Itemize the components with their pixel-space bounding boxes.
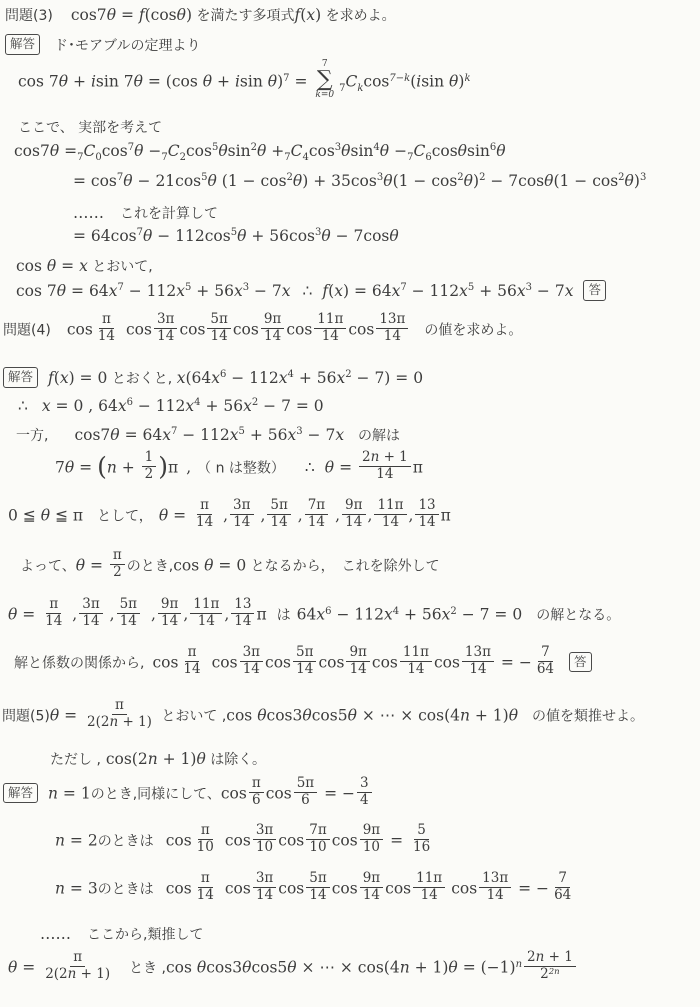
fraction: 5π14 bbox=[306, 871, 329, 903]
fraction: 3π10 bbox=[253, 823, 276, 855]
fraction: 13π14 bbox=[479, 871, 511, 903]
formula-product-answer: 解と係数の関係から,cosπ14cos3π14cos5π14cos9π14cos… bbox=[14, 647, 592, 679]
note-tadashi: ただし , cos(2n + 1)θ は除く。 bbox=[50, 749, 266, 770]
fraction: π14 bbox=[95, 312, 118, 344]
fraction: 1314 bbox=[415, 498, 438, 530]
fraction: 5π14 bbox=[293, 645, 316, 677]
note-analogy: ……ここから,類推して bbox=[40, 924, 203, 945]
formula-demoivre: cos 7θ + isin 7θ = (cos θ + isin θ)7 = 7… bbox=[18, 62, 471, 102]
fraction: 11π14 bbox=[190, 597, 222, 629]
fraction: 13π14 bbox=[376, 312, 408, 344]
fraction: 516 bbox=[410, 823, 433, 855]
fraction: π2(2n + 1) bbox=[42, 950, 113, 982]
note-real-part: ここで、 実部を考えて bbox=[18, 117, 162, 138]
formula-n3-case: n = 3のときはcosπ14cos3π14cos5π14cos9π14cos1… bbox=[55, 873, 576, 905]
fraction: 3π14 bbox=[230, 498, 253, 530]
note-substitute-x: cos θ = x とおいて, bbox=[16, 256, 153, 277]
fraction: 7π14 bbox=[305, 498, 328, 530]
fraction: π10 bbox=[194, 823, 217, 855]
fraction: 5π14 bbox=[207, 312, 230, 344]
fraction: 5π6 bbox=[294, 776, 317, 808]
summation-symbol: 7∑k=0 bbox=[315, 60, 334, 100]
fraction: 9π14 bbox=[346, 645, 369, 677]
answer3-header: 解答ド･モアブルの定理より bbox=[5, 35, 200, 56]
fraction: 9π10 bbox=[360, 823, 383, 855]
fraction: π6 bbox=[249, 776, 264, 808]
fraction: 9π14 bbox=[360, 871, 383, 903]
fraction: 5π14 bbox=[267, 498, 290, 530]
fraction: 34 bbox=[357, 776, 372, 808]
fraction: 13π14 bbox=[462, 645, 494, 677]
fraction: 764 bbox=[534, 645, 557, 677]
fraction: π14 bbox=[194, 871, 217, 903]
formula-theta-general: 7θ = (n + 12)π,（ n は整数）∴θ = 2n + 114π bbox=[55, 452, 423, 484]
fraction: 11π14 bbox=[400, 645, 432, 677]
boxed-answer-label: 解答 bbox=[3, 367, 38, 388]
boxed-answer-label: 答 bbox=[569, 652, 592, 673]
boxed-answer-label: 解答 bbox=[3, 783, 38, 804]
boxed-answer-label: 答 bbox=[583, 280, 606, 301]
fraction: 3π14 bbox=[79, 597, 102, 629]
formula-theta-values: 0 ≦ θ ≦ π として，θ = π14 ,3π14 ,5π14 ,7π14 … bbox=[8, 500, 451, 532]
fraction: 9π14 bbox=[158, 597, 181, 629]
answer4-header: 解答f(x) = 0 とおくと, x(64x6 − 112x4 + 56x2 −… bbox=[3, 368, 423, 389]
fraction: 9π14 bbox=[261, 312, 284, 344]
fraction: 5π14 bbox=[117, 597, 140, 629]
fraction: 11π14 bbox=[314, 312, 346, 344]
problem5-statement: 問題(5)θ = π2(2n + 1) とおいて ,cos θcos3θcos5… bbox=[2, 700, 644, 732]
fraction: π14 bbox=[193, 498, 216, 530]
fraction: 12 bbox=[142, 450, 157, 482]
fraction: 3π14 bbox=[154, 312, 177, 344]
note-calculate: ……これを計算して bbox=[73, 203, 218, 224]
boxed-answer-label: 解答 bbox=[5, 34, 40, 55]
note-other-hand: 一方,cos7θ = 64x7 − 112x5 + 56x3 − 7x の解は bbox=[16, 425, 400, 446]
fraction: 2n + 122n bbox=[524, 950, 576, 982]
fraction: 7π10 bbox=[306, 823, 329, 855]
answer5-n1-case: 解答n = 1のとき,同様にして、cosπ6cos5π6 = −34 bbox=[3, 778, 374, 810]
fraction: π14 bbox=[42, 597, 65, 629]
fraction: 2n + 114 bbox=[359, 450, 411, 482]
fraction: 11π14 bbox=[413, 871, 445, 903]
problem4-statement: 問題(4)cosπ14cos3π14cos5π14cos9π14cos11π14… bbox=[3, 314, 522, 346]
problem3-statement: 問題(3)cos7θ = f(cosθ) を満たす多項式f(x) を求めよ。 bbox=[5, 5, 396, 26]
formula-theta-roots: θ = π14 ,3π14 ,5π14 ,9π14,11π14,1314πは64… bbox=[8, 599, 620, 631]
note-exclude-pi-half: よって、θ = π2のとき,cos θ = 0 となるから， これを除外して bbox=[20, 550, 440, 582]
fraction: π2(2n + 1) bbox=[84, 698, 155, 730]
fraction: 3π14 bbox=[253, 871, 276, 903]
formula-cos7-binomial: cos7θ =7C0cos7θ −7C2cos5θsin2θ +7C4cos3θ… bbox=[14, 141, 506, 161]
fraction: π2 bbox=[110, 548, 125, 580]
math-worksheet-page: 問題(3)cos7θ = f(cosθ) を満たす多項式f(x) を求めよ。 解… bbox=[0, 0, 700, 1007]
formula-roots-split: ∴x = 0 , 64x6 − 112x4 + 56x2 − 7 = 0 bbox=[18, 396, 324, 416]
fraction: 11π14 bbox=[374, 498, 406, 530]
formula-cos7-poly-answer: cos 7θ = 64x7 − 112x5 + 56x3 − 7x∴f(x) =… bbox=[16, 281, 606, 302]
fraction: π14 bbox=[180, 645, 203, 677]
formula-n2-case: n = 2のときはcosπ10cos3π10cos7π10cos9π10 = 5… bbox=[55, 825, 435, 857]
formula-expansion-1: = cos7θ − 21cos5θ (1 − cos2θ) + 35cos3θ(… bbox=[73, 171, 646, 191]
formula-general-result: θ = π2(2n + 1) とき ,cos θcos3θcos5θ × ⋯ ×… bbox=[8, 952, 578, 984]
fraction: 764 bbox=[551, 871, 574, 903]
fraction: 9π14 bbox=[342, 498, 365, 530]
fraction: 3π14 bbox=[240, 645, 263, 677]
formula-expansion-2: = 64cos7θ − 112cos5θ + 56cos3θ − 7cosθ bbox=[73, 226, 399, 246]
fraction: 1314 bbox=[231, 597, 254, 629]
